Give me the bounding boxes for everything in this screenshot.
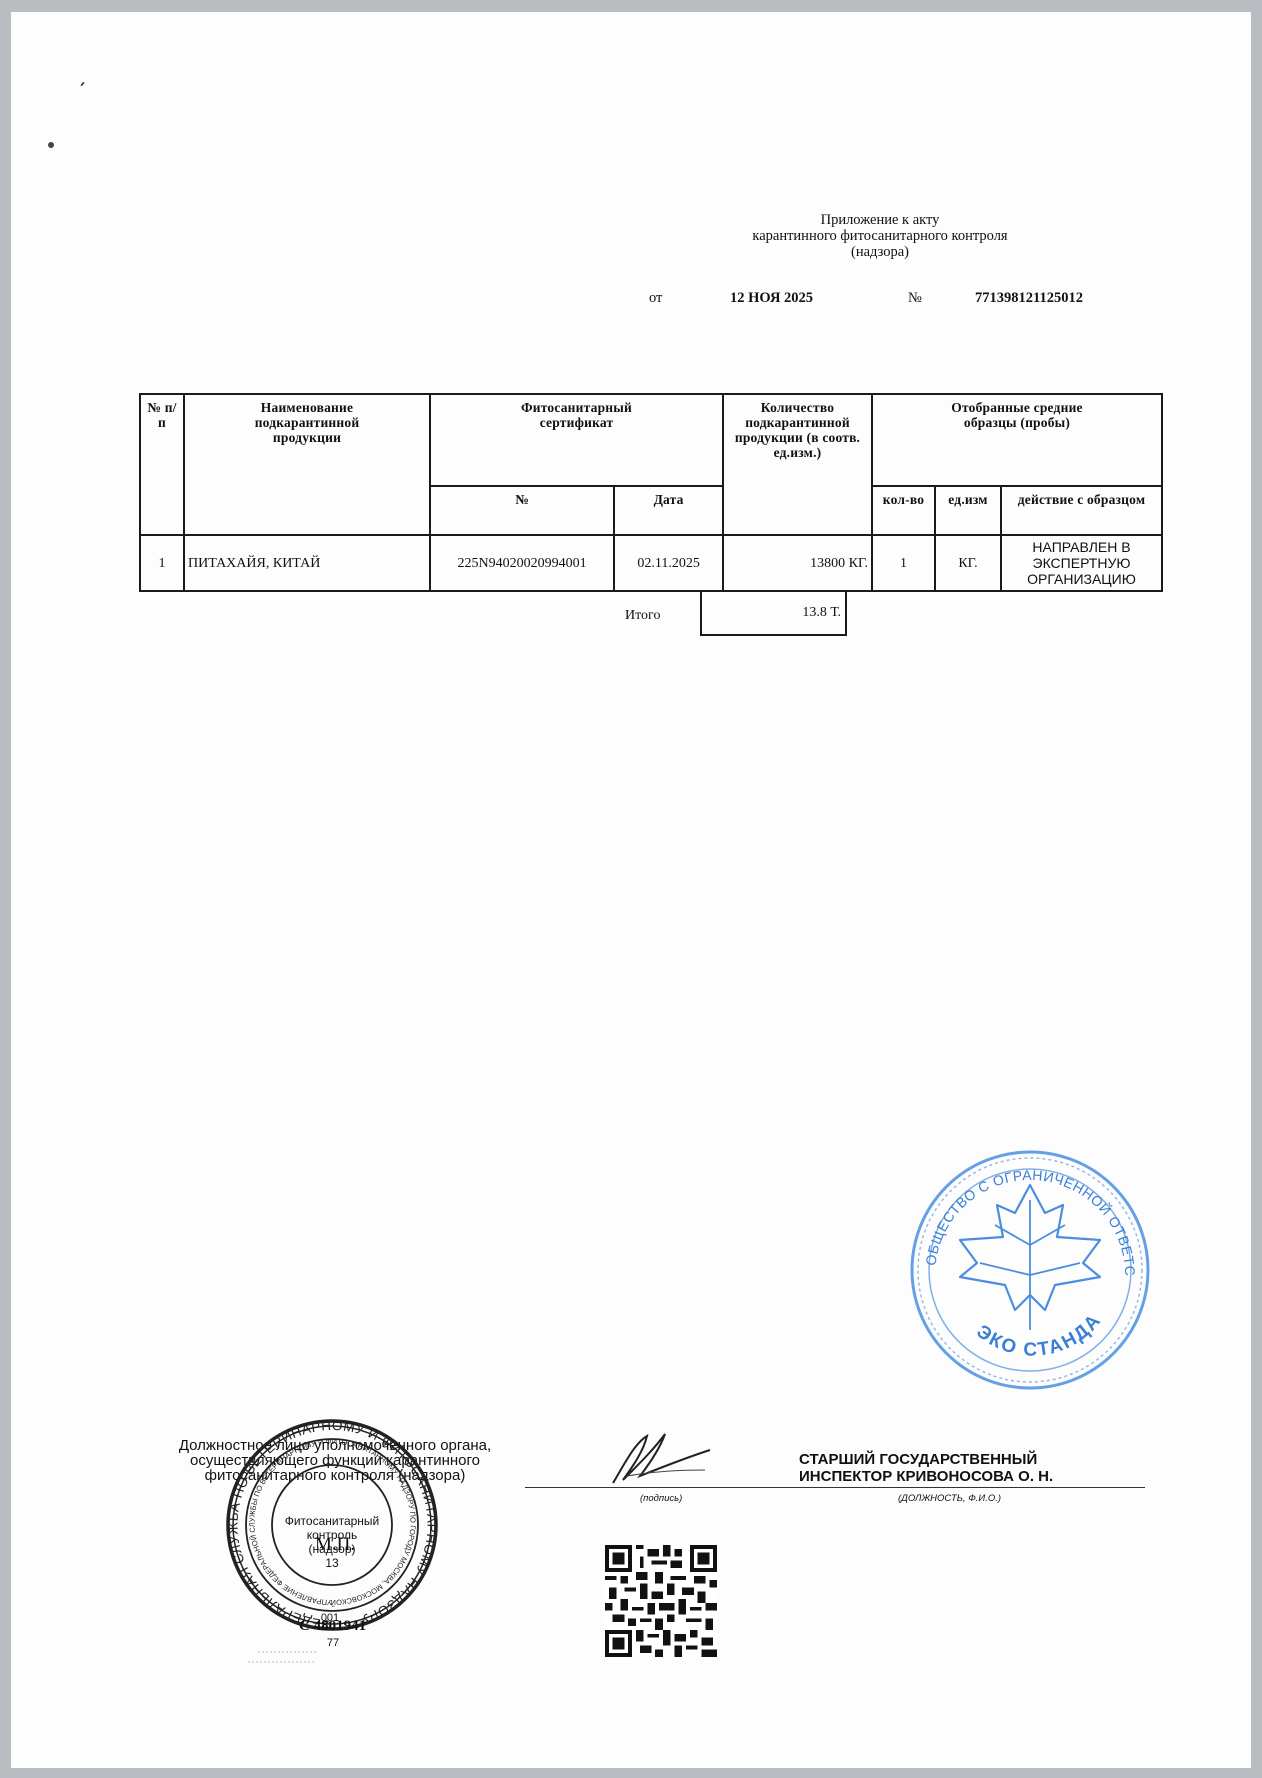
header-cert-date: Дата: [614, 486, 723, 535]
svg-text:ОБЩЕСТВО С ОГРАНИЧЕННОЙ ОТВЕТС: ОБЩЕСТВО С ОГРАНИЧЕННОЙ ОТВЕТСТВЕННОСТЬЮ: [905, 1145, 1138, 1276]
inspector-name: СТАРШИЙ ГОСУДАРСТВЕННЫЙ ИНСПЕКТОР КРИВОН…: [799, 1451, 1053, 1485]
header-cert-no: №: [430, 486, 614, 535]
total-label: Итого: [625, 608, 660, 624]
header-sample-action: действие с образцом: [1001, 486, 1162, 535]
total-value: 13.8 Т.: [700, 590, 847, 636]
appendix-title-line2: карантинного фитосанитарного контроля: [700, 228, 1060, 244]
cell-sample-action: НАПРАВЛЕН В ЭКСПЕРТНУЮ ОРГАНИЗАЦИЮ: [1001, 535, 1162, 591]
appendix-header: Приложение к акту карантинного фитосанит…: [700, 212, 1060, 260]
act-number: 771398121125012: [975, 290, 1083, 307]
header-num: № п/п: [140, 394, 184, 535]
cell-product: ПИТАХАЙЯ, КИТАЙ: [184, 535, 430, 591]
appendix-title-line3: (надзора): [700, 244, 1060, 260]
cell-cert-date: 02.11.2025: [614, 535, 723, 591]
seal-center-number: 13: [272, 1556, 392, 1570]
handwritten-signature-icon: [605, 1428, 715, 1488]
number-label: №: [908, 290, 922, 307]
scan-dot: [48, 142, 54, 148]
seal-center-line1: Фитосанитарный: [272, 1514, 392, 1528]
signature-line: [525, 1487, 1145, 1488]
position-caption: (ДОЛЖНОСТЬ, Ф.И.О.): [898, 1493, 1001, 1504]
inspector-position: СТАРШИЙ ГОСУДАРСТВЕННЫЙ: [799, 1451, 1053, 1468]
inspector-fio: ИНСПЕКТОР КРИВОНОСОВА О. Н.: [799, 1468, 1053, 1485]
cell-cert-no: 225N94020020994001: [430, 535, 614, 591]
header-quantity: Количество подкарантинной продукции (в с…: [723, 394, 872, 535]
document-metadata-line2: · · · · · · · · · · · · · · · · ·: [248, 1658, 314, 1667]
header-sample-unit: ед.изм: [935, 486, 1001, 535]
seal-region: 77: [318, 1636, 348, 1650]
appendix-title-line1: Приложение к акту: [700, 212, 1060, 228]
mp-mark: М.П.: [315, 1534, 355, 1556]
cell-sample-unit: КГ.: [935, 535, 1001, 591]
document-page: [11, 12, 1251, 1768]
header-product: Наименование подкарантинной продукции: [184, 394, 430, 535]
document-metadata-line1: · · · · · · · · · · · · · · ·: [258, 1648, 316, 1657]
maple-leaf-stamp-icon: ОБЩЕСТВО С ОГРАНИЧЕННОЙ ОТВЕТСТВЕННОСТЬЮ…: [905, 1145, 1155, 1395]
seal-serial: С 4801941: [299, 1618, 366, 1635]
qr-code-icon: [605, 1545, 717, 1657]
cell-sample-qty: 1: [872, 535, 935, 591]
cell-num: 1: [140, 535, 184, 591]
header-sample-qty: кол-во: [872, 486, 935, 535]
act-date: 12 НОЯ 2025: [730, 290, 813, 307]
signature-caption: (подпись): [640, 1493, 682, 1504]
qr-code[interactable]: [605, 1545, 717, 1657]
products-table: № п/п Наименование подкарантинной продук…: [139, 393, 1163, 592]
header-samples: Отобранные средние образцы (пробы): [872, 394, 1162, 486]
header-certificate: Фитосанитарный сертификат: [430, 394, 723, 486]
from-label: от: [649, 290, 662, 307]
company-stamp: ОБЩЕСТВО С ОГРАНИЧЕННОЙ ОТВЕТСТВЕННОСТЬЮ…: [905, 1145, 1155, 1395]
cell-quantity: 13800 КГ.: [723, 535, 872, 591]
table-row: 1 ПИТАХАЙЯ, КИТАЙ 225N94020020994001 02.…: [140, 535, 1162, 591]
